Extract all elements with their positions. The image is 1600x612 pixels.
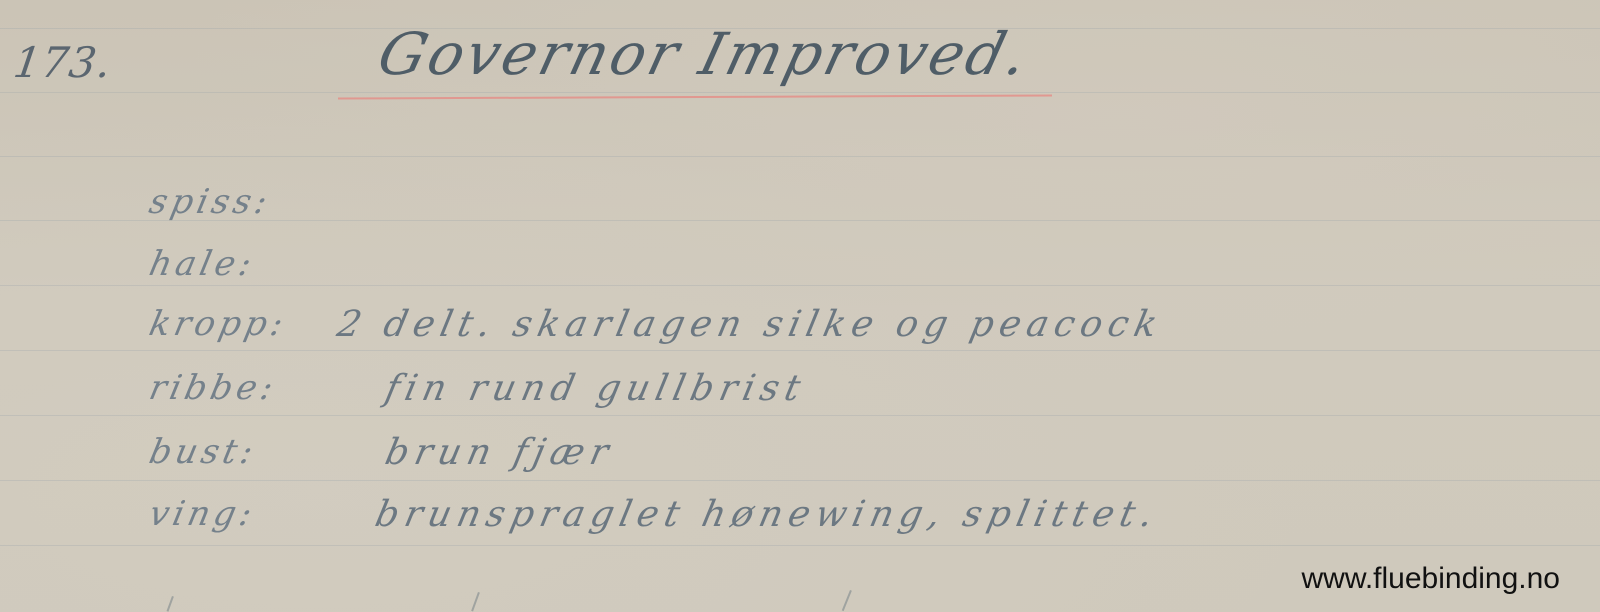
field-label: ving: [146,494,260,534]
field-value: 2 delt. skarlagen silke og peacock [334,304,1167,345]
ruled-line [0,92,1600,93]
ruled-line [0,156,1600,157]
ruled-line [0,285,1600,286]
ruled-line [0,415,1600,416]
field-label: ribbe: [146,368,281,408]
fly-title: Governor Improved. [372,20,1038,88]
field-label: spiss: [146,182,275,222]
field-label: kropp: [146,304,291,344]
watermark-url: www.fluebinding.no [1301,562,1560,596]
title-underline [338,94,1052,99]
handwriting-fragment [842,590,852,611]
entry-number: 173. [11,38,115,87]
notebook-page: 173. Governor Improved. spiss: hale: kro… [0,0,1600,612]
ruled-line [0,350,1600,351]
handwriting-fragment [471,592,480,611]
handwriting-fragment [167,596,174,612]
field-label: bust: [146,432,261,472]
field-value: brunspraglet hønewing, splittet. [372,494,1163,535]
field-value: brun fjær [382,432,618,473]
ruled-line [0,480,1600,481]
field-value: fin rund gullbrist [382,368,810,409]
ruled-line [0,545,1600,546]
field-label: hale: [146,244,259,284]
